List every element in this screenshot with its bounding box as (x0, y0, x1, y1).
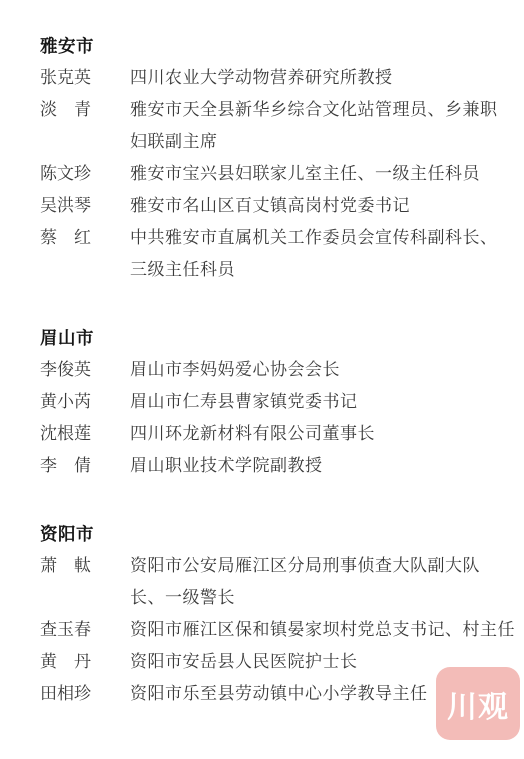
city-header: 眉山市 (40, 322, 516, 354)
entry-position: 资阳市雁江区保和镇晏家坝村党总支书记、村主任 (130, 614, 516, 646)
entry-name: 张克英 (40, 62, 130, 94)
entry-name: 李俊英 (40, 354, 130, 386)
entry-position: 雅安市名山区百丈镇高岗村党委书记 (130, 190, 516, 222)
entry-name: 陈文珍 (40, 158, 130, 190)
entry-position: 眉山职业技术学院副教授 (130, 450, 516, 482)
entry-position: 雅安市天全县新华乡综合文化站管理员、乡兼职 妇联副主席 (130, 94, 516, 158)
entry-name: 黄 丹 (40, 646, 130, 678)
entry-position: 四川农业大学动物营养研究所教授 (130, 62, 516, 94)
entry-position: 中共雅安市直属机关工作委员会宣传科副科长、 三级主任科员 (130, 222, 516, 286)
entry-position: 眉山市仁寿县曹家镇党委书记 (130, 386, 516, 418)
watermark-text: 川观 (447, 682, 509, 726)
entry-name: 李 倩 (40, 450, 130, 482)
entry-name: 沈根莲 (40, 418, 130, 450)
entry-row: 淡 青 雅安市天全县新华乡综合文化站管理员、乡兼职 妇联副主席 (40, 94, 516, 158)
entry-row: 李俊英 眉山市李妈妈爱心协会会长 (40, 354, 516, 386)
city-header: 资阳市 (40, 518, 516, 550)
entry-row: 陈文珍 雅安市宝兴县妇联家儿室主任、一级主任科员 (40, 158, 516, 190)
entry-row: 查玉春 资阳市雁江区保和镇晏家坝村党总支书记、村主任 (40, 614, 516, 646)
document-body: 雅安市 张克英 四川农业大学动物营养研究所教授 淡 青 雅安市天全县新华乡综合文… (40, 30, 516, 710)
entry-name: 黄小芮 (40, 386, 130, 418)
entry-name: 淡 青 (40, 94, 130, 126)
entry-row: 吴洪琴 雅安市名山区百丈镇高岗村党委书记 (40, 190, 516, 222)
entry-position: 资阳市公安局雁江区分局刑事侦查大队副大队 长、一级警长 (130, 550, 516, 614)
entry-row: 沈根莲 四川环龙新材料有限公司董事长 (40, 418, 516, 450)
city-section: 雅安市 张克英 四川农业大学动物营养研究所教授 淡 青 雅安市天全县新华乡综合文… (40, 30, 516, 286)
entry-name: 萧 軚 (40, 550, 130, 582)
entry-row: 李 倩 眉山职业技术学院副教授 (40, 450, 516, 482)
entry-row: 黄小芮 眉山市仁寿县曹家镇党委书记 (40, 386, 516, 418)
entry-list: 李俊英 眉山市李妈妈爱心协会会长 黄小芮 眉山市仁寿县曹家镇党委书记 沈根莲 四… (40, 354, 516, 482)
entry-row: 张克英 四川农业大学动物营养研究所教授 (40, 62, 516, 94)
document-page: 雅安市 张克英 四川农业大学动物营养研究所教授 淡 青 雅安市天全县新华乡综合文… (0, 0, 524, 759)
entry-list: 张克英 四川农业大学动物营养研究所教授 淡 青 雅安市天全县新华乡综合文化站管理… (40, 62, 516, 286)
entry-row: 蔡 红 中共雅安市直属机关工作委员会宣传科副科长、 三级主任科员 (40, 222, 516, 286)
entry-name: 查玉春 (40, 614, 130, 646)
city-header: 雅安市 (40, 30, 516, 62)
entry-position: 眉山市李妈妈爱心协会会长 (130, 354, 516, 386)
city-section: 眉山市 李俊英 眉山市李妈妈爱心协会会长 黄小芮 眉山市仁寿县曹家镇党委书记 沈… (40, 322, 516, 482)
entry-position: 四川环龙新材料有限公司董事长 (130, 418, 516, 450)
chuanguan-watermark: 川观 (436, 667, 520, 740)
entry-name: 蔡 红 (40, 222, 130, 254)
entry-name: 田相珍 (40, 678, 130, 710)
entry-row: 萧 軚 资阳市公安局雁江区分局刑事侦查大队副大队 长、一级警长 (40, 550, 516, 614)
entry-position: 雅安市宝兴县妇联家儿室主任、一级主任科员 (130, 158, 516, 190)
entry-name: 吴洪琴 (40, 190, 130, 222)
